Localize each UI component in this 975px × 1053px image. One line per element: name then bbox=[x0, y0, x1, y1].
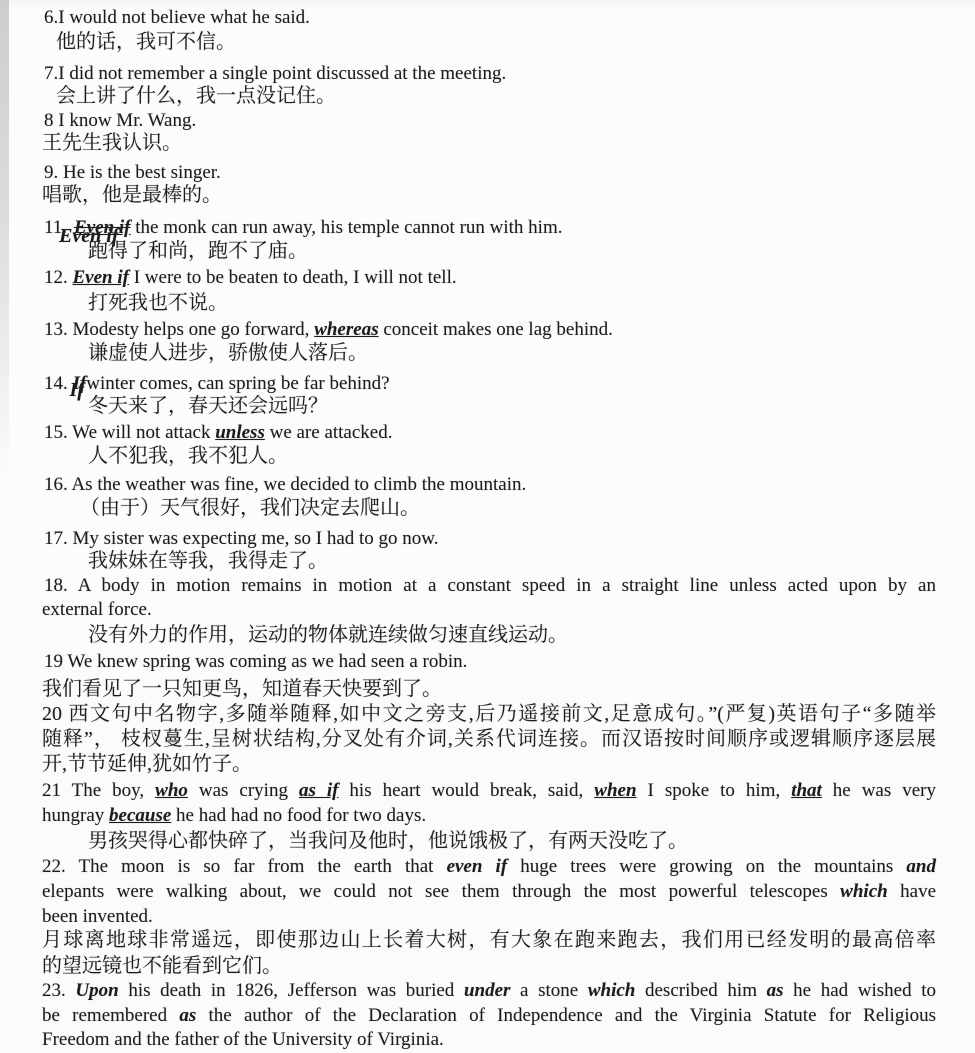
text-segment: 15. We will not attack bbox=[44, 422, 215, 443]
text-segment: 男孩哭得心都快碎了，当我问及他时，他说饿极了，有两天没吃了。 bbox=[88, 830, 688, 852]
text-line: 7.I did not remember a single point disc… bbox=[44, 62, 506, 85]
text-segment: his death in 1826, Jefferson was buried bbox=[119, 980, 464, 1001]
text-segment: been invented. bbox=[42, 906, 153, 927]
emphasized-word: when bbox=[594, 780, 636, 801]
text-line: 会上讲了什么，我一点没记住。 bbox=[56, 84, 336, 108]
overlapping-conjunction: IfIf bbox=[73, 372, 87, 395]
text-segment: 会上讲了什么，我一点没记住。 bbox=[56, 85, 336, 107]
text-line: 16. As the weather was fine, we decided … bbox=[44, 473, 526, 496]
emphasized-word: that bbox=[791, 780, 822, 801]
text-line: 23. Upon his death in 1826, Jefferson wa… bbox=[42, 979, 936, 1002]
emphasized-word: under bbox=[464, 980, 510, 1001]
text-segment: he was very bbox=[822, 780, 936, 801]
text-line: 王先生我认识。 bbox=[42, 131, 182, 155]
text-line: 11.Even ifEven if the monk can run away,… bbox=[44, 216, 563, 239]
text-segment: 我妹妹在等我，我得走了。 bbox=[88, 550, 328, 572]
text-line: 人不犯我，我不犯人。 bbox=[88, 444, 288, 468]
text-line: 12. Even if I were to be beaten to death… bbox=[44, 266, 457, 289]
text-line: 没有外力的作用，运动的物体就连续做匀速直线运动。 bbox=[88, 623, 568, 647]
text-segment: 23. bbox=[42, 980, 75, 1001]
conjunction-word: If bbox=[73, 373, 87, 394]
text-line: 9. He is the best singer. bbox=[44, 161, 221, 184]
text-line: 我妹妹在等我，我得走了。 bbox=[88, 549, 328, 573]
text-segment: I were to be beaten to death, I will not… bbox=[129, 267, 457, 288]
text-line: 8 I know Mr. Wang. bbox=[44, 109, 196, 132]
text-segment: conceit makes one lag behind. bbox=[379, 319, 613, 340]
text-line: 冬天来了，春天还会远吗？ bbox=[88, 394, 328, 418]
text-segment: Freedom and the father of the University… bbox=[42, 1029, 444, 1050]
text-segment: I spoke to him, bbox=[637, 780, 792, 801]
text-line: 13. Modesty helps one go forward, wherea… bbox=[44, 318, 613, 341]
text-segment: external force. bbox=[42, 599, 152, 620]
text-line: 18. A body in motion remains in motion a… bbox=[44, 574, 936, 597]
text-line: 19 We knew spring was coming as we had s… bbox=[44, 650, 467, 673]
text-segment: 17. My sister was expecting me, so I had… bbox=[44, 528, 439, 549]
emphasized-word: which bbox=[588, 980, 636, 1001]
text-segment: 人不犯我，我不犯人。 bbox=[88, 445, 288, 467]
text-segment: we are attacked. bbox=[265, 422, 393, 443]
text-segment: 唱歌，他是最棒的。 bbox=[42, 184, 222, 206]
text-segment: was crying bbox=[188, 780, 299, 801]
text-segment: 8 I know Mr. Wang. bbox=[44, 110, 196, 131]
text-segment: 没有外力的作用，运动的物体就连续做匀速直线运动。 bbox=[88, 624, 568, 646]
emphasized-word: Even if bbox=[73, 267, 129, 288]
text-segment: 20 西文句中名物字,多随举随释,如中文之旁支,后乃遥接前文,足意成句。”(严复… bbox=[42, 703, 936, 725]
emphasized-word: as if bbox=[299, 780, 338, 801]
text-segment: elepants were walking about, we could no… bbox=[42, 881, 840, 902]
text-line: 21 The boy, who was crying as if his hea… bbox=[42, 779, 936, 802]
text-line: 20 西文句中名物字,多随举随释,如中文之旁支,后乃遥接前文,足意成句。”(严复… bbox=[42, 702, 936, 726]
scan-edge-shadow bbox=[0, 0, 9, 480]
text-segment: 6.I would not believe what he said. bbox=[44, 7, 310, 28]
text-segment: 冬天来了，春天还会远吗？ bbox=[88, 395, 328, 417]
text-segment: 我们看见了一只知更鸟，知道春天快要到了。 bbox=[42, 678, 442, 700]
text-line: 谦虚使人进步，骄傲使人落后。 bbox=[88, 341, 368, 365]
emphasized-word: Upon bbox=[75, 980, 118, 1001]
text-segment: 14. bbox=[44, 373, 73, 394]
text-segment: be remembered bbox=[42, 1005, 179, 1026]
text-segment: 谦虚使人进步，骄傲使人落后。 bbox=[88, 342, 368, 364]
text-line: 6.I would not believe what he said. bbox=[44, 6, 310, 29]
text-line: hungray because he had had no food for t… bbox=[42, 804, 426, 827]
emphasized-word: which bbox=[840, 881, 888, 902]
text-segment: 的望远镜也不能看到它们。 bbox=[42, 955, 282, 977]
text-line: 17. My sister was expecting me, so I had… bbox=[44, 527, 439, 550]
text-segment: 21 The boy, bbox=[42, 780, 155, 801]
text-line: （由于）天气很好，我们决定去爬山。 bbox=[80, 496, 420, 520]
text-segment: 16. As the weather was fine, we decided … bbox=[44, 474, 526, 495]
text-line: 随释”， 枝杈蔓生,呈树状结构,分叉处有介词,关系代词连接。而汉语按时间顺序或逻… bbox=[42, 727, 936, 751]
text-segment: have bbox=[888, 881, 936, 902]
text-segment: 打死我也不说。 bbox=[88, 292, 228, 314]
emphasized-word: who bbox=[155, 780, 188, 801]
text-line: 14. IfIfwinter comes, can spring be far … bbox=[44, 372, 390, 395]
text-segment: the author of the Declaration of Indepen… bbox=[196, 1005, 936, 1026]
text-segment: 跑得了和尚，跑不了庙。 bbox=[88, 240, 308, 262]
text-segment: 他的话，我可不信。 bbox=[56, 31, 236, 53]
text-segment: 王先生我认识。 bbox=[42, 132, 182, 154]
text-line: 他的话，我可不信。 bbox=[56, 30, 236, 54]
text-segment: 随释”， 枝杈蔓生,呈树状结构,分叉处有介词,关系代词连接。而汉语按时间顺序或逻… bbox=[42, 728, 936, 750]
text-segment: 月球离地球非常遥远，即使那边山上长着大树，有大象在跑来跑去，我们用已经发明的最高… bbox=[42, 929, 936, 951]
emphasized-word: as bbox=[179, 1005, 196, 1026]
text-segment: 11. bbox=[44, 217, 67, 238]
text-line: elepants were walking about, we could no… bbox=[42, 880, 936, 903]
emphasized-word: even if bbox=[447, 856, 508, 877]
text-segment: winter comes, can spring be far behind? bbox=[86, 373, 389, 394]
text-line: external force. bbox=[42, 598, 152, 621]
text-segment: 18. A body in motion remains in motion a… bbox=[44, 575, 936, 596]
text-segment: he had wished to bbox=[784, 980, 936, 1001]
text-segment: 开,节节延伸,犹如竹子。 bbox=[42, 753, 252, 775]
text-line: Freedom and the father of the University… bbox=[42, 1028, 444, 1051]
emphasized-word: as bbox=[767, 980, 784, 1001]
text-segment: described him bbox=[635, 980, 766, 1001]
text-segment: 22. The moon is so far from the earth th… bbox=[42, 856, 447, 877]
text-line: 我们看见了一只知更鸟，知道春天快要到了。 bbox=[42, 677, 442, 701]
text-segment: the monk can run away, his temple cannot… bbox=[131, 217, 563, 238]
text-segment: 19 We knew spring was coming as we had s… bbox=[44, 651, 467, 672]
text-line: 22. The moon is so far from the earth th… bbox=[42, 855, 936, 878]
text-segment: his heart would break, said, bbox=[338, 780, 594, 801]
text-line: be remembered as the author of the Decla… bbox=[42, 1004, 936, 1027]
text-segment: he had had no food for two days. bbox=[171, 805, 426, 826]
text-line: 唱歌，他是最棒的。 bbox=[42, 183, 222, 207]
text-line: 15. We will not attack unless we are att… bbox=[44, 421, 392, 444]
text-line: been invented. bbox=[42, 905, 153, 928]
text-line: 跑得了和尚，跑不了庙。 bbox=[88, 239, 308, 263]
text-line: 打死我也不说。 bbox=[88, 291, 228, 315]
conjunction-word: Even if bbox=[67, 217, 130, 238]
emphasized-word: whereas bbox=[314, 319, 378, 340]
emphasized-word: unless bbox=[215, 422, 265, 443]
text-segment: a stone bbox=[510, 980, 587, 1001]
text-line: 开,节节延伸,犹如竹子。 bbox=[42, 752, 252, 776]
text-line: 男孩哭得心都快碎了，当我问及他时，他说饿极了，有两天没吃了。 bbox=[88, 829, 688, 853]
text-segment: （由于）天气很好，我们决定去爬山。 bbox=[80, 497, 420, 519]
emphasized-word: because bbox=[109, 805, 171, 826]
text-line: 月球离地球非常遥远，即使那边山上长着大树，有大象在跑来跑去，我们用已经发明的最高… bbox=[42, 928, 936, 952]
text-segment: 9. He is the best singer. bbox=[44, 162, 221, 183]
text-segment: huge trees were growing on the mountains bbox=[507, 856, 906, 877]
text-segment: 12. bbox=[44, 267, 73, 288]
text-segment: hungray bbox=[42, 805, 109, 826]
emphasized-word: and bbox=[906, 856, 936, 877]
text-line: 的望远镜也不能看到它们。 bbox=[42, 954, 282, 978]
overlapping-conjunction: Even ifEven if bbox=[67, 216, 130, 239]
text-segment: 13. Modesty helps one go forward, bbox=[44, 319, 314, 340]
scanned-document-page: 6.I would not believe what he said.他的话，我… bbox=[0, 0, 975, 1053]
text-segment: 7.I did not remember a single point disc… bbox=[44, 63, 506, 84]
